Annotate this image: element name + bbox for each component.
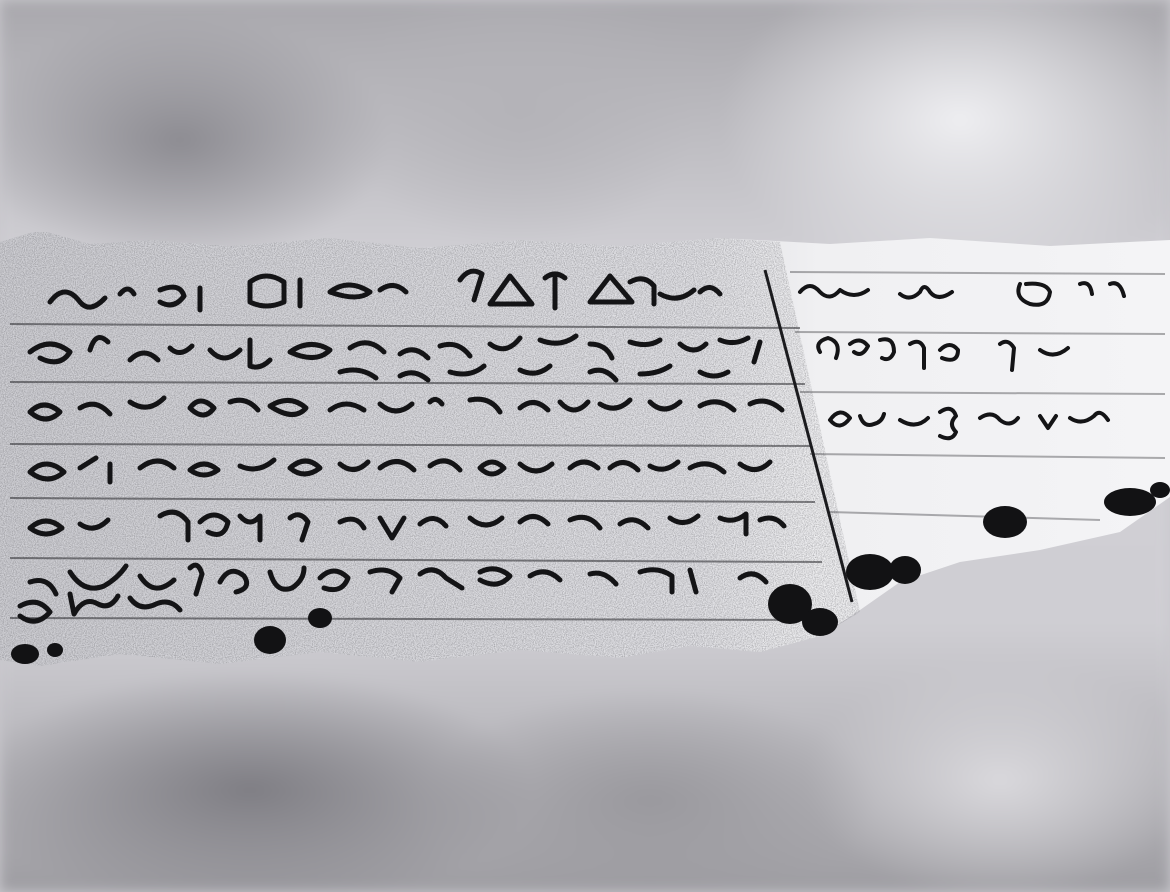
inscription-artwork bbox=[0, 232, 1170, 667]
inscribed-slab bbox=[0, 232, 1170, 667]
